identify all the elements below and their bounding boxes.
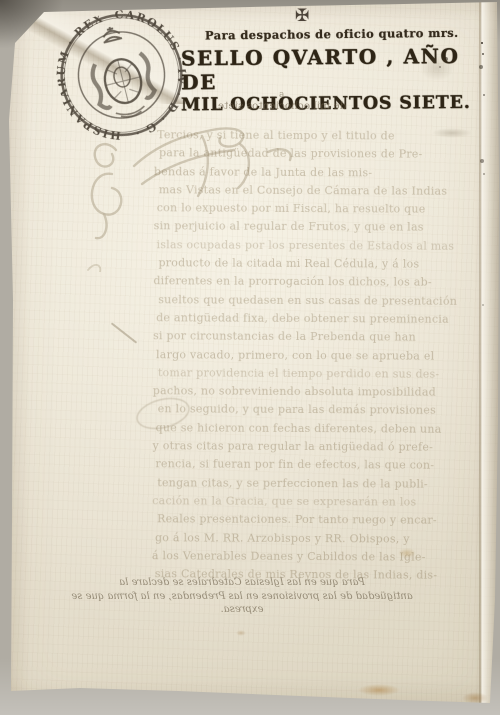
bleed-line: largo vacado, primero, con lo que se apr… [156,346,458,366]
photo-backdrop: CAROLUS · IV · D · G · HISPANIARUM · REX… [0,0,500,715]
bleed-line: cación en la Gracia, que se expresarán e… [152,492,457,512]
bleed-line: tengan citas, y se perfeccionen las de l… [157,474,457,494]
bleed-line: mas Vistas en el Consejo de Cámara de la… [159,181,459,201]
mirrored-footnote: Para que en las Iglesias Catedrales se d… [58,576,426,617]
bleed-line: de antigüedad fixa, debe obtener su pree… [156,309,458,329]
bleed-line: que se hicieron con fechas diferentes, d… [156,419,458,439]
bleed-line: tomar providencia el tiempo perdido en s… [158,364,458,384]
bleed-line: Reales presentaciones. Por tanto ruego y… [157,510,457,530]
showthrough-header-line: de mil ochocientos siete. [213,100,348,112]
footnote-line: antigüedad de las provisiones en las Pre… [58,590,426,604]
bleed-line: y otras citas para regular la antigüedad… [152,437,457,457]
bleed-line: si por circunstancias de la Prebenda que… [153,327,458,347]
footnote-line: Para que en las Iglesias Catedrales se d… [58,576,426,590]
showthrough-small-mark: a [279,90,284,100]
document-page: CAROLUS · IV · D · G · HISPANIARUM · REX… [0,0,500,715]
bleed-line: á los Venerables Deanes y Cabildos de la… [152,547,457,567]
bleed-line: pachos, no sobreviniendo absoluta imposi… [153,382,458,402]
bleed-line: para la antigüedad de las provisiones de… [159,145,459,165]
ink-speckles [481,42,483,44]
bleed-line: bendas á favor de la Junta de las mis- [154,163,459,183]
bleed-line: con lo expuesto por mi Fiscal, ha resuel… [157,199,459,219]
bleed-line: islas ocupadas por los presentes de Esta… [157,236,459,256]
bleed-line: producto de la citada mi Real Cédula, y … [158,254,458,274]
bleed-line: go á los M. RR. Arzobispos y RR. Obispos… [155,529,457,549]
bleed-line: en lo seguido, y que para las demás prov… [158,401,458,421]
sello-title-line-1: SELLO QVARTO , AÑO DE [181,44,481,95]
cross-icon: ✠ [295,6,309,26]
bleed-line: sin perjuicio al regular de Frutos, y qu… [154,218,459,238]
bleedthrough-text-column: Tercios, y si tiene al tiempo y el titul… [155,126,459,585]
bleed-line: diferentes en la prorrogación los dichos… [153,273,458,293]
bleed-line: rencia, si fueran por fin de efectos, la… [155,456,457,476]
fee-line: Para despachos de oficio quatro mrs. [205,26,481,43]
bleed-line: sueltos que quedasen en sus casas de pre… [158,291,458,311]
bleed-line: Tercios, y si tiene al tiempo y el titul… [157,126,459,146]
footnote-line: expresa. [58,603,426,617]
